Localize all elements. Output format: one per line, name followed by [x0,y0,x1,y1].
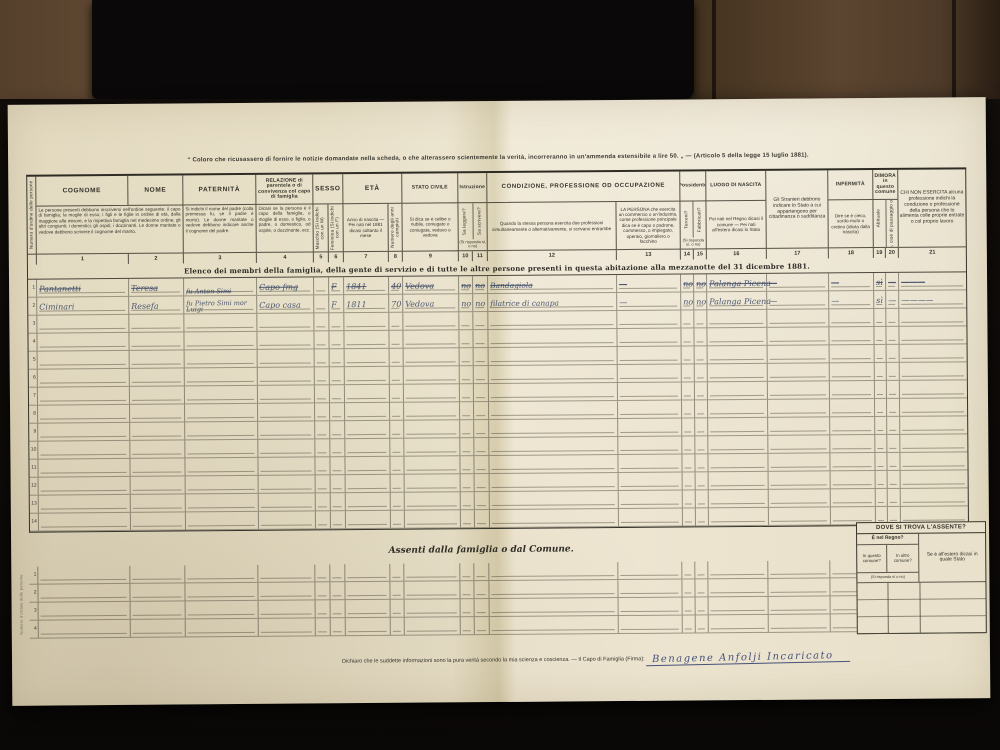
cell-condizione: filatrice di canapa [488,293,617,311]
cell-persona [618,562,682,580]
column-number: 20 [886,248,899,258]
column-number: 6 [329,252,344,262]
cell-fabbricati [694,310,707,327]
cell-chinon [900,344,967,362]
cell-luogo [709,615,769,632]
handwritten-entry: Capo fmg [259,283,298,292]
cell-chinon [900,380,967,398]
cell-luogo [708,382,768,399]
handwritten-entry: 1841 [346,282,366,291]
cell-infermita [830,345,875,362]
cell-stranieri [769,471,831,488]
cell-fabbricati: no [694,274,707,291]
cell-anni [391,493,405,510]
cell-paternita [185,458,258,476]
cell-legge [460,348,474,365]
cell-fabbricati [696,490,709,507]
cell-persona [618,419,682,437]
cell-condizione [489,365,618,383]
handwritten-entry: sì [876,296,883,305]
cell-m [315,457,330,474]
dove-box: DOVE SI TROVA L'ASSENTE? È nel Regno? Se… [856,521,987,634]
cell-terreni [683,472,696,489]
cell-anni [390,349,404,366]
cell-luogo [709,472,769,489]
cell-m [314,295,329,312]
col-dimora: DIMORA in questo comune [873,170,898,200]
cell-anno [346,511,391,528]
cell-anno [346,600,391,617]
row-number: 1 [29,567,38,584]
column-number: 18 [829,248,874,258]
cell-stranieri [768,417,830,434]
cell-persona [618,437,682,455]
cell-terreni: no [681,274,694,291]
cell-stranieri: — [767,291,829,308]
cell-anno [345,349,390,366]
cell-terreni [682,364,695,381]
cell-stato [405,617,461,634]
stato-civile-desc: Si dica se è celibe o nubile, coniugato … [402,203,458,251]
cell-stato [404,456,460,473]
cell-occasionale: — [886,291,899,308]
cell-terreni [682,436,695,453]
cell-stato [404,402,460,419]
cell-occasionale [886,309,899,326]
cell-persona: — [617,275,681,293]
cell-legge [459,330,473,347]
cell-chinon [901,488,968,506]
cell-anni [389,313,403,330]
handwritten-entry: F [331,300,337,309]
cell-occasionale [887,363,900,380]
cell-fabbricati [695,346,708,363]
cell-scrive [475,617,490,634]
handwritten-entry: no [683,297,693,306]
cell-terreni [682,382,695,399]
cell-nome [130,583,185,600]
cell-relazione [258,385,315,402]
cell-cognome [39,513,131,531]
col-femmina: Femmina (Si indichi con un F) [328,204,343,252]
cell-nome: Resefa [129,296,184,313]
cell-m [315,564,330,581]
row-number: 11 [29,460,38,477]
cell-luogo [708,579,768,596]
cell-anno: 1811 [344,295,389,312]
cell-occasionale [888,471,901,488]
cell-m [316,618,331,635]
cell-relazione [259,600,316,617]
handwritten-entry: Bandagiola [490,281,533,290]
cell-nome [130,565,185,582]
cell-stato: Vedova [403,276,459,293]
cell-stato [404,348,460,365]
row-number: 10 [29,442,38,459]
cell-relazione: Capo casa [257,295,314,312]
cell-condizione: Bandagiola [488,275,617,293]
handwritten-entry: Resefa [131,302,158,311]
handwritten-entry: Ciminari [39,302,74,311]
cell-anno [345,582,390,599]
wood-plank-gap [952,0,956,100]
cell-anni [390,564,404,581]
column-number: 2 [129,253,184,263]
cell-relazione: Capo fmg [257,277,314,294]
cell-stato [404,420,460,437]
row-number: 13 [30,496,39,513]
cell-stato [403,312,459,329]
cell-stato [404,581,460,598]
cell-relazione [257,313,314,330]
handwritten-entry: no [683,279,693,288]
cell-persona [618,347,682,365]
cell-scrive [475,599,490,616]
cell-legge [460,456,474,473]
col-abituale: Abituale [873,200,886,248]
cell-fabbricati [695,418,708,435]
handwritten-entry: — [888,278,896,287]
cell-condizione [489,580,618,598]
handwritten-entry: Pantanetti [39,284,81,293]
cell-fabbricati [695,436,708,453]
cell-luogo [708,561,768,578]
cell-legge [460,384,474,401]
col-stranieri: Gli Stranieri debbono indicare lo Stato … [766,170,829,248]
cell-f [329,331,344,348]
cell-anni [391,511,405,528]
cell-nome [130,440,185,457]
handwritten-entry: — [831,296,839,305]
cell-f [331,493,346,510]
cell-nome [130,350,185,367]
cell-infermita [830,417,875,434]
cell-infermita [830,435,875,452]
declaration-text: Dichiaro che le suddette informazioni so… [342,656,645,664]
col-infermita: INFERMITÀ [828,170,873,200]
cell-abituale: sì [874,291,886,308]
cell-cognome [39,620,131,638]
handwritten-entry: no [475,299,485,308]
cell-anno [345,367,390,384]
cell-fabbricati [695,579,708,596]
cell-persona [618,401,682,419]
cell-nome [130,422,185,439]
cell-scrive [473,330,488,347]
handwritten-entry: — [769,297,777,306]
cell-abituale [876,489,888,506]
cell-luogo [708,346,768,363]
cell-condizione [490,598,619,616]
cell-occasionale [887,417,900,434]
census-table: Numero d'ordine delle persone COGNOME NO… [26,167,969,532]
column-number: 17 [767,248,829,258]
handwritten-entry: no [696,279,706,288]
cell-scrive [474,402,489,419]
dove-caption: (Si risponda sì o no) [857,573,919,583]
column-number: 9 [403,251,459,261]
cell-stranieri [769,507,831,524]
handwritten-entry: 70 [391,300,401,309]
column-number: 14 [681,249,694,259]
assenti-side-label: Numero d'ordine delle persone [19,573,24,635]
cell-terreni [683,508,696,525]
cell-m [314,277,329,294]
cell-f [330,421,345,438]
col-terreni: Terreni? [680,201,693,237]
column-number: 10 [459,251,473,261]
cell-stato [405,474,461,491]
cell-persona [619,473,683,491]
cell-infermita [830,381,875,398]
cell-legge: no [459,276,473,293]
cell-m [316,475,331,492]
cell-legge [460,366,474,383]
cell-relazione [257,331,314,348]
col-maschio: Maschio (Si indichi con un M) [313,204,328,252]
cell-paternita [185,404,258,422]
cell-infermita [830,399,875,416]
cell-scrive [474,384,489,401]
cell-luogo [709,597,769,614]
handwritten-entry: no [696,297,706,306]
cell-f [330,385,345,402]
handwritten-entry: F [331,282,337,291]
cell-infermita: — [829,273,874,290]
cell-anno [345,385,390,402]
cell-paternita: fu Anton Simi [184,278,257,296]
cell-nome [130,368,185,385]
cell-stranieri: — [767,273,829,290]
handwritten-entry: — [619,280,627,289]
cell-nome [131,476,186,493]
cell-chinon: ———— [899,290,966,308]
cell-anno [345,564,390,581]
cell-infermita [830,363,875,380]
row-number: 3 [30,603,39,620]
assenti-table: 1234 [29,559,968,638]
cell-terreni [683,597,696,614]
cell-cognome [38,405,130,423]
cell-luogo [708,436,768,453]
column-number: 5 [314,252,329,262]
row-number: 3 [28,316,37,333]
handwritten-entry: — [769,279,777,288]
cell-scrive [474,420,489,437]
cell-stato [403,330,459,347]
table-header: Numero d'ordine delle persone COGNOME NO… [27,169,966,264]
handwritten-entry: Palanga Picena [709,279,771,288]
wood-plank-gap [712,0,716,100]
cell-stato [404,366,460,383]
cell-luogo [708,364,768,381]
cell-stato: Vedova [403,294,459,311]
cell-fabbricati [695,364,708,381]
cell-fabbricati: no [694,292,707,309]
cell-stranieri [768,560,830,577]
col-eta: ETÀ [343,174,402,204]
cell-condizione [489,419,618,437]
cell-anni [390,439,404,456]
cell-occasionale: — [886,273,899,290]
cell-condizione [489,455,618,473]
cell-nome [131,601,186,618]
dimora-subcols: Abituale Occasionale, cioè di passaggio … [873,200,898,248]
possidente-subcols: Terreni? Fabbricati? (Si risponda sì, o … [680,201,706,249]
cell-condizione [490,473,619,491]
cell-scrive [475,510,490,527]
column-number: 8 [389,252,403,262]
cell-fabbricati [696,472,709,489]
legal-note: “ Coloro che ricusassero di fornire le n… [68,152,928,165]
col-stato-civile: STATO CIVILE [402,173,458,203]
cell-infermita: — [829,291,874,308]
cell-relazione [259,493,316,510]
cell-f [330,457,345,474]
handwritten-entry: Teresa [131,284,158,293]
cell-anno [346,475,391,492]
column-number: 7 [344,252,389,262]
cell-chinon [899,326,966,344]
cell-anni [391,618,405,635]
cell-persona [619,616,683,634]
cell-cognome [38,387,130,405]
cell-paternita [185,368,258,386]
row-number: 9 [29,424,38,441]
cell-nome [130,386,185,403]
cell-f [330,367,345,384]
column-number: 19 [874,248,886,258]
cell-cognome [38,441,130,459]
handwritten-entry: fu Pietro Simi mor Luigi [186,300,255,313]
cell-terreni [682,346,695,363]
cell-m [316,600,331,617]
cell-paternita [185,386,258,404]
cell-relazione [258,582,315,599]
cell-fabbricati [695,382,708,399]
head-of-family-signature: Benagene Anfolji Incaricato [646,650,850,666]
cell-paternita [185,440,258,458]
cell-persona [618,383,682,401]
cell-anno [345,403,390,420]
cell-chinon [900,398,967,416]
cell-paternita [185,565,258,583]
cell-anno [345,421,390,438]
cell-scrive [473,312,488,329]
dove-ruled-rows [857,582,985,633]
cell-stranieri [769,489,831,506]
istruzione-subcols: Sa leggere? Sa scrivere? (Si risponda sì… [458,203,487,251]
cell-condizione [489,401,618,419]
cell-relazione [258,367,315,384]
cell-anni [391,475,405,492]
cell-terreni [682,561,695,578]
handwritten-entry: Vedova [405,300,434,309]
cell-chinon [900,416,967,434]
cell-terreni: no [681,292,694,309]
cell-anni [390,385,404,402]
cell-stato [404,563,460,580]
handwritten-entry: Vedova [405,282,434,291]
cell-f [330,439,345,456]
cell-scrive [474,456,489,473]
cell-f [330,349,345,366]
handwritten-entry: 1811 [346,300,366,309]
dove-grid: È nel Regno? Se è all'estero dicasi in q… [857,533,985,583]
cell-fabbricati [696,508,709,525]
cell-abituale [875,453,887,470]
dove-regno: È nel Regno? [857,534,919,545]
col-paternita: PATERNITÀ [183,175,256,206]
cell-legge [461,617,475,634]
cell-abituale [874,309,886,326]
cell-nome [131,494,186,511]
cell-anni: 40 [389,277,403,294]
cell-cognome: Pantanetti [37,279,129,297]
cell-fabbricati [695,454,708,471]
cell-scrive [475,474,490,491]
cell-fabbricati [696,615,709,632]
row-number: 4 [30,621,39,638]
row-number: 6 [29,370,38,387]
cognome-desc: Le persone presenti debbono inscriversi … [36,205,183,254]
cell-condizione [489,383,618,401]
cell-abituale [876,471,888,488]
cell-abituale [875,417,887,434]
cell-stranieri [769,614,831,631]
row-number: 12 [30,478,39,495]
cell-m [316,493,331,510]
handwritten-entry: Capo casa [259,301,301,310]
handwritten-entry: Palanga Picena [709,297,771,306]
cell-m [314,331,329,348]
cell-f [331,511,346,528]
cell-condizione [488,311,617,329]
cell-stranieri [769,596,831,613]
cell-stranieri [768,381,830,398]
cell-chinon [900,452,967,470]
row-number: 4 [28,334,37,351]
cell-scrive [474,438,489,455]
column-number: 21 [899,247,966,258]
handwritten-entry: filatrice di canapa [490,299,559,309]
cell-paternita [186,619,259,637]
cell-scrive: no [473,294,488,311]
dove-estero: Se è all'estero dicasi in quale Stato [919,533,985,583]
cell-legge [461,510,475,527]
column-number: 12 [488,250,617,261]
cell-relazione [258,564,315,581]
cell-cognome [39,477,131,495]
cell-relazione [258,349,315,366]
row-number: 5 [29,352,38,369]
cell-m [315,367,330,384]
cell-legge [460,420,474,437]
infermita-desc: Dire se è cieco, sordo-muto o cretino (i… [828,200,873,248]
cell-scrive [474,563,489,580]
column-number: 3 [184,253,257,264]
cell-condizione [489,347,618,365]
cell-fabbricati [695,400,708,417]
handwritten-entry: fu Anton Simi [186,288,255,295]
cell-stato [404,438,460,455]
cell-occasionale [887,345,900,362]
relazione-desc: Dicasi se la persona è il capo della fam… [256,204,313,252]
cell-scrive [475,492,490,509]
cell-condizione [490,509,619,527]
cell-paternita [186,512,259,530]
cell-relazione [258,439,315,456]
